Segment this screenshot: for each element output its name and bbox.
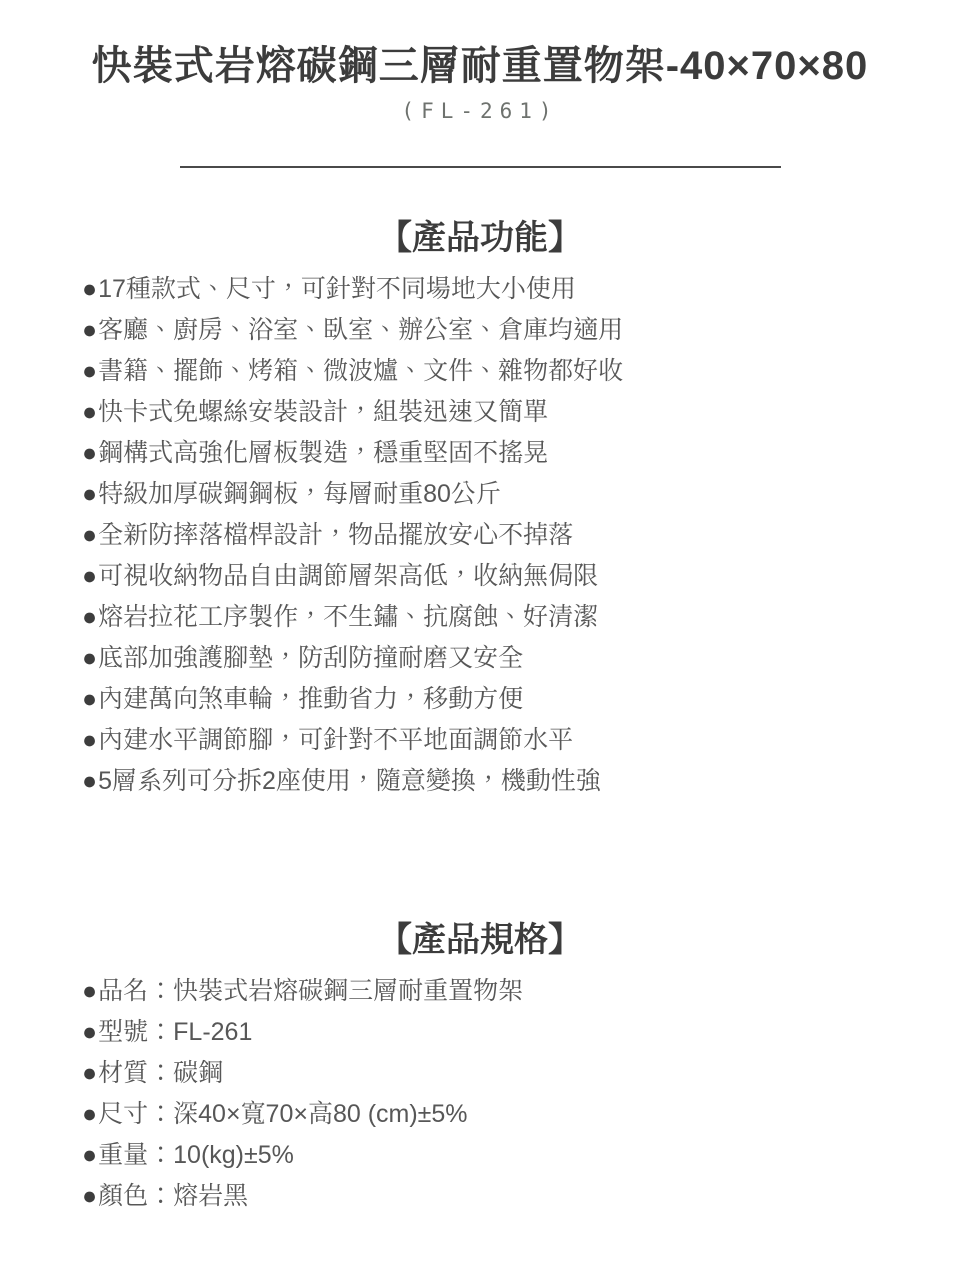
spec-separator: ：: [148, 1018, 173, 1046]
feature-item: ●內建水平調節腳，可針對不平地面調節水平: [82, 720, 920, 761]
spec-value: 熔岩黑: [173, 1182, 248, 1210]
feature-item: ●特級加厚碳鋼鋼板，每層耐重80公斤: [82, 474, 920, 515]
feature-item: ●客廳、廚房、浴室、臥室、辦公室、倉庫均適用: [82, 310, 920, 351]
bullet-icon: ●: [82, 1018, 97, 1046]
feature-text: 內建水平調節腳，可針對不平地面調節水平: [98, 726, 573, 754]
spec-value: 深40×寬70×高80 (cm)±5%: [173, 1100, 467, 1128]
page-title: 快裝式岩熔碳鋼三層耐重置物架-40×70×80: [0, 42, 960, 90]
spec-label: 型號: [98, 1018, 148, 1046]
spec-separator: ：: [148, 1059, 173, 1087]
spec-value: FL-261: [173, 1018, 252, 1046]
bullet-icon: ●: [82, 685, 97, 713]
feature-text: 客廳、廚房、浴室、臥室、辦公室、倉庫均適用: [98, 316, 623, 344]
feature-item: ●17種款式、尺寸，可針對不同場地大小使用: [82, 269, 920, 310]
bullet-icon: ●: [82, 398, 97, 426]
feature-text: 5層系列可分拆2座使用，隨意變換，機動性強: [98, 767, 601, 795]
bullet-icon: ●: [82, 316, 97, 344]
spec-item: ●品名：快裝式岩熔碳鋼三層耐重置物架: [82, 971, 920, 1012]
bullet-icon: ●: [82, 1100, 97, 1128]
feature-text: 17種款式、尺寸，可針對不同場地大小使用: [98, 275, 576, 303]
feature-text: 內建萬向煞車輪，推動省力，移動方便: [98, 685, 523, 713]
features-list: ●17種款式、尺寸，可針對不同場地大小使用 ●客廳、廚房、浴室、臥室、辦公室、倉…: [0, 269, 960, 802]
feature-item: ●全新防摔落檔桿設計，物品擺放安心不掉落: [82, 515, 920, 556]
specs-heading: 【產品規格】: [0, 920, 960, 960]
spec-separator: ：: [148, 1100, 173, 1128]
feature-item: ●鋼構式高強化層板製造，穩重堅固不搖晃: [82, 433, 920, 474]
feature-item: ●熔岩拉花工序製作，不生鏽、抗腐蝕、好清潔: [82, 597, 920, 638]
spec-separator: ：: [148, 1141, 173, 1169]
feature-text: 快卡式免螺絲安裝設計，組裝迅速又簡單: [98, 398, 548, 426]
bullet-icon: ●: [82, 562, 97, 590]
bullet-icon: ●: [82, 767, 97, 795]
feature-item: ●內建萬向煞車輪，推動省力，移動方便: [82, 679, 920, 720]
bullet-icon: ●: [82, 603, 97, 631]
spec-item: ●顏色：熔岩黑: [82, 1176, 920, 1217]
spec-item: ●尺寸：深40×寬70×高80 (cm)±5%: [82, 1094, 920, 1135]
spec-value: 10(kg)±5%: [173, 1141, 294, 1169]
feature-text: 底部加強護腳墊，防刮防撞耐磨又安全: [98, 644, 523, 672]
specs-list: ●品名：快裝式岩熔碳鋼三層耐重置物架 ●型號：FL-261 ●材質：碳鋼 ●尺寸…: [0, 971, 960, 1217]
feature-text: 全新防摔落檔桿設計，物品擺放安心不掉落: [98, 521, 573, 549]
model-number-subtitle: (FL-261): [0, 98, 960, 124]
spec-separator: ：: [148, 977, 173, 1005]
spec-label: 尺寸: [98, 1100, 148, 1128]
bullet-icon: ●: [82, 644, 97, 672]
feature-text: 鋼構式高強化層板製造，穩重堅固不搖晃: [98, 439, 548, 467]
bullet-icon: ●: [82, 521, 97, 549]
spec-label: 材質: [98, 1059, 148, 1087]
bullet-icon: ●: [82, 357, 97, 385]
bullet-icon: ●: [82, 480, 97, 508]
bullet-icon: ●: [82, 1141, 97, 1169]
bullet-icon: ●: [82, 977, 97, 1005]
feature-text: 特級加厚碳鋼鋼板，每層耐重80公斤: [98, 480, 501, 508]
product-description-page: 快裝式岩熔碳鋼三層耐重置物架-40×70×80 (FL-261) 【產品功能】 …: [0, 0, 960, 1267]
bullet-icon: ●: [82, 1182, 97, 1210]
bullet-icon: ●: [82, 275, 97, 303]
feature-item: ●快卡式免螺絲安裝設計，組裝迅速又簡單: [82, 392, 920, 433]
bullet-icon: ●: [82, 1059, 97, 1087]
spec-label: 顏色: [98, 1182, 148, 1210]
feature-item: ●底部加強護腳墊，防刮防撞耐磨又安全: [82, 638, 920, 679]
feature-item: ●書籍、擺飾、烤箱、微波爐、文件、雜物都好收: [82, 351, 920, 392]
feature-text: 熔岩拉花工序製作，不生鏽、抗腐蝕、好清潔: [98, 603, 598, 631]
feature-item: ●5層系列可分拆2座使用，隨意變換，機動性強: [82, 761, 920, 802]
spec-item: ●材質：碳鋼: [82, 1053, 920, 1094]
feature-text: 書籍、擺飾、烤箱、微波爐、文件、雜物都好收: [98, 357, 623, 385]
feature-item: ●可視收納物品自由調節層架高低，收納無侷限: [82, 556, 920, 597]
spec-item: ●重量：10(kg)±5%: [82, 1135, 920, 1176]
feature-text: 可視收納物品自由調節層架高低，收納無侷限: [98, 562, 598, 590]
bullet-icon: ●: [82, 439, 97, 467]
features-heading: 【產品功能】: [0, 218, 960, 258]
spec-value: 碳鋼: [173, 1059, 223, 1087]
spec-separator: ：: [148, 1182, 173, 1210]
divider: [180, 166, 781, 168]
bullet-icon: ●: [82, 726, 97, 754]
spec-item: ●型號：FL-261: [82, 1012, 920, 1053]
spec-value: 快裝式岩熔碳鋼三層耐重置物架: [173, 977, 523, 1005]
spec-label: 品名: [98, 977, 148, 1005]
spec-label: 重量: [98, 1141, 148, 1169]
